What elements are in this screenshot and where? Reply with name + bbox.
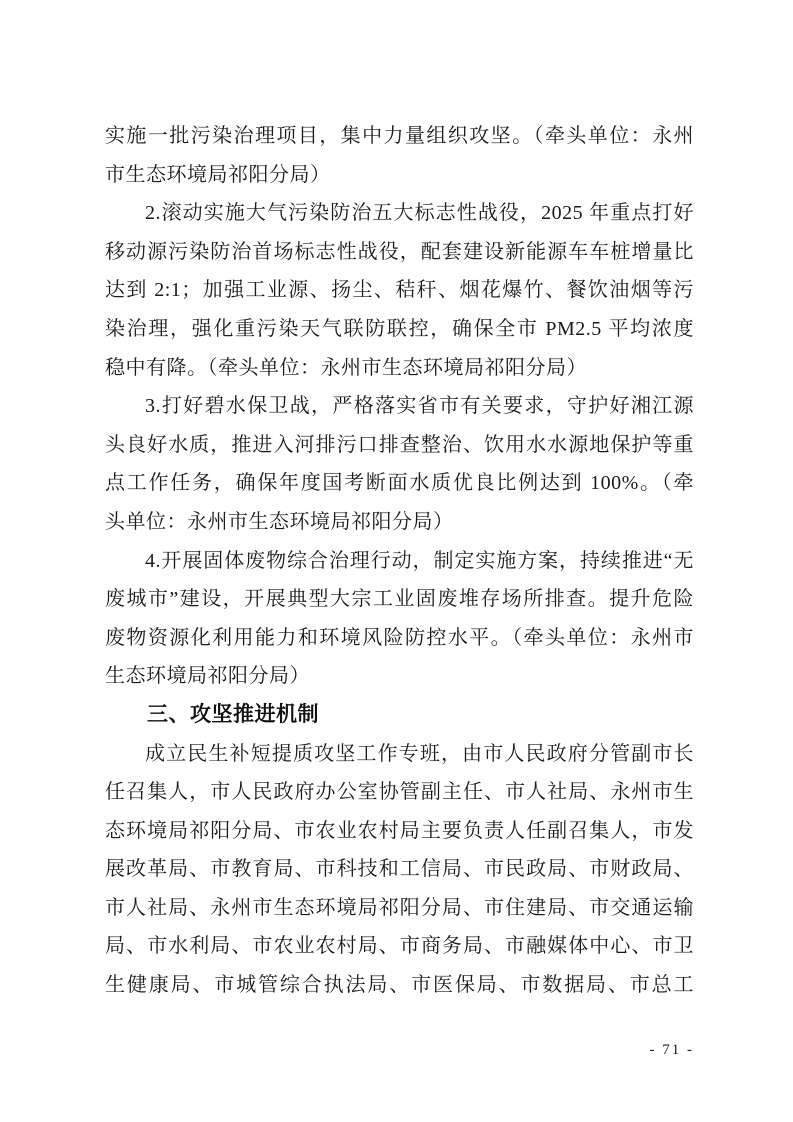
text-line: 4.开展固体废物综合治理行动，制定实施方案，持续推进“无 (105, 542, 694, 581)
text-line: 展改革局、市教育局、市科技和工信局、市民政局、市财政局、 (105, 850, 694, 889)
text-line: 稳中有降。（牵头单位：永州市生态环境局祁阳分局） (105, 349, 694, 388)
text-line: 染治理，强化重污染天气联防联控，确保全市 PM2.5 平均浓度 (105, 310, 694, 349)
document-page: 实施一批污染治理项目，集中力量组织攻坚。（牵头单位：永州市生态环境局祁阳分局）2… (0, 0, 793, 1122)
text-line: 局、市水利局、市农业农村局、市商务局、市融媒体中心、市卫 (105, 927, 694, 966)
text-line: 2.滚动实施大气污染防治五大标志性战役，2025 年重点打好 (105, 194, 694, 233)
text-line: 废城市”建设，开展典型大宗工业固废堆存场所排查。提升危险 (105, 580, 694, 619)
text-line: 废物资源化利用能力和环境风险防控水平。（牵头单位：永州市 (105, 619, 694, 658)
text-line: 生健康局、市城管综合执法局、市医保局、市数据局、市总工会、 (105, 966, 694, 1005)
text-line: 头单位：永州市生态环境局祁阳分局） (105, 503, 694, 542)
document-body: 实施一批污染治理项目，集中力量组织攻坚。（牵头单位：永州市生态环境局祁阳分局）2… (105, 117, 694, 1005)
text-line: 态环境局祁阳分局、市农业农村局主要负责人任副召集人，市发 (105, 812, 694, 851)
text-line: 市生态环境局祁阳分局） (105, 156, 694, 195)
page-number: - 71 - (650, 1039, 695, 1061)
text-line: 成立民生补短提质攻坚工作专班，由市人民政府分管副市长 (105, 735, 694, 774)
text-line: 3.打好碧水保卫战，严格落实省市有关要求，守护好湘江源 (105, 387, 694, 426)
text-line: 移动源污染防治首场标志性战役，配套建设新能源车车桩增量比 (105, 233, 694, 272)
text-line: 达到 2:1；加强工业源、扬尘、秸秆、烟花爆竹、餐饮油烟等污 (105, 271, 694, 310)
text-line: 实施一批污染治理项目，集中力量组织攻坚。（牵头单位：永州 (105, 117, 694, 156)
text-line: 任召集人，市人民政府办公室协管副主任、市人社局、永州市生 (105, 773, 694, 812)
section-heading: 三、攻坚推进机制 (105, 696, 694, 735)
text-line: 点工作任务，确保年度国考断面水质优良比例达到 100%。（牵 (105, 464, 694, 503)
text-line: 市人社局、永州市生态环境局祁阳分局、市住建局、市交通运输 (105, 889, 694, 928)
text-line: 头良好水质，推进入河排污口排查整治、饮用水水源地保护等重 (105, 426, 694, 465)
text-line: 生态环境局祁阳分局） (105, 657, 694, 696)
